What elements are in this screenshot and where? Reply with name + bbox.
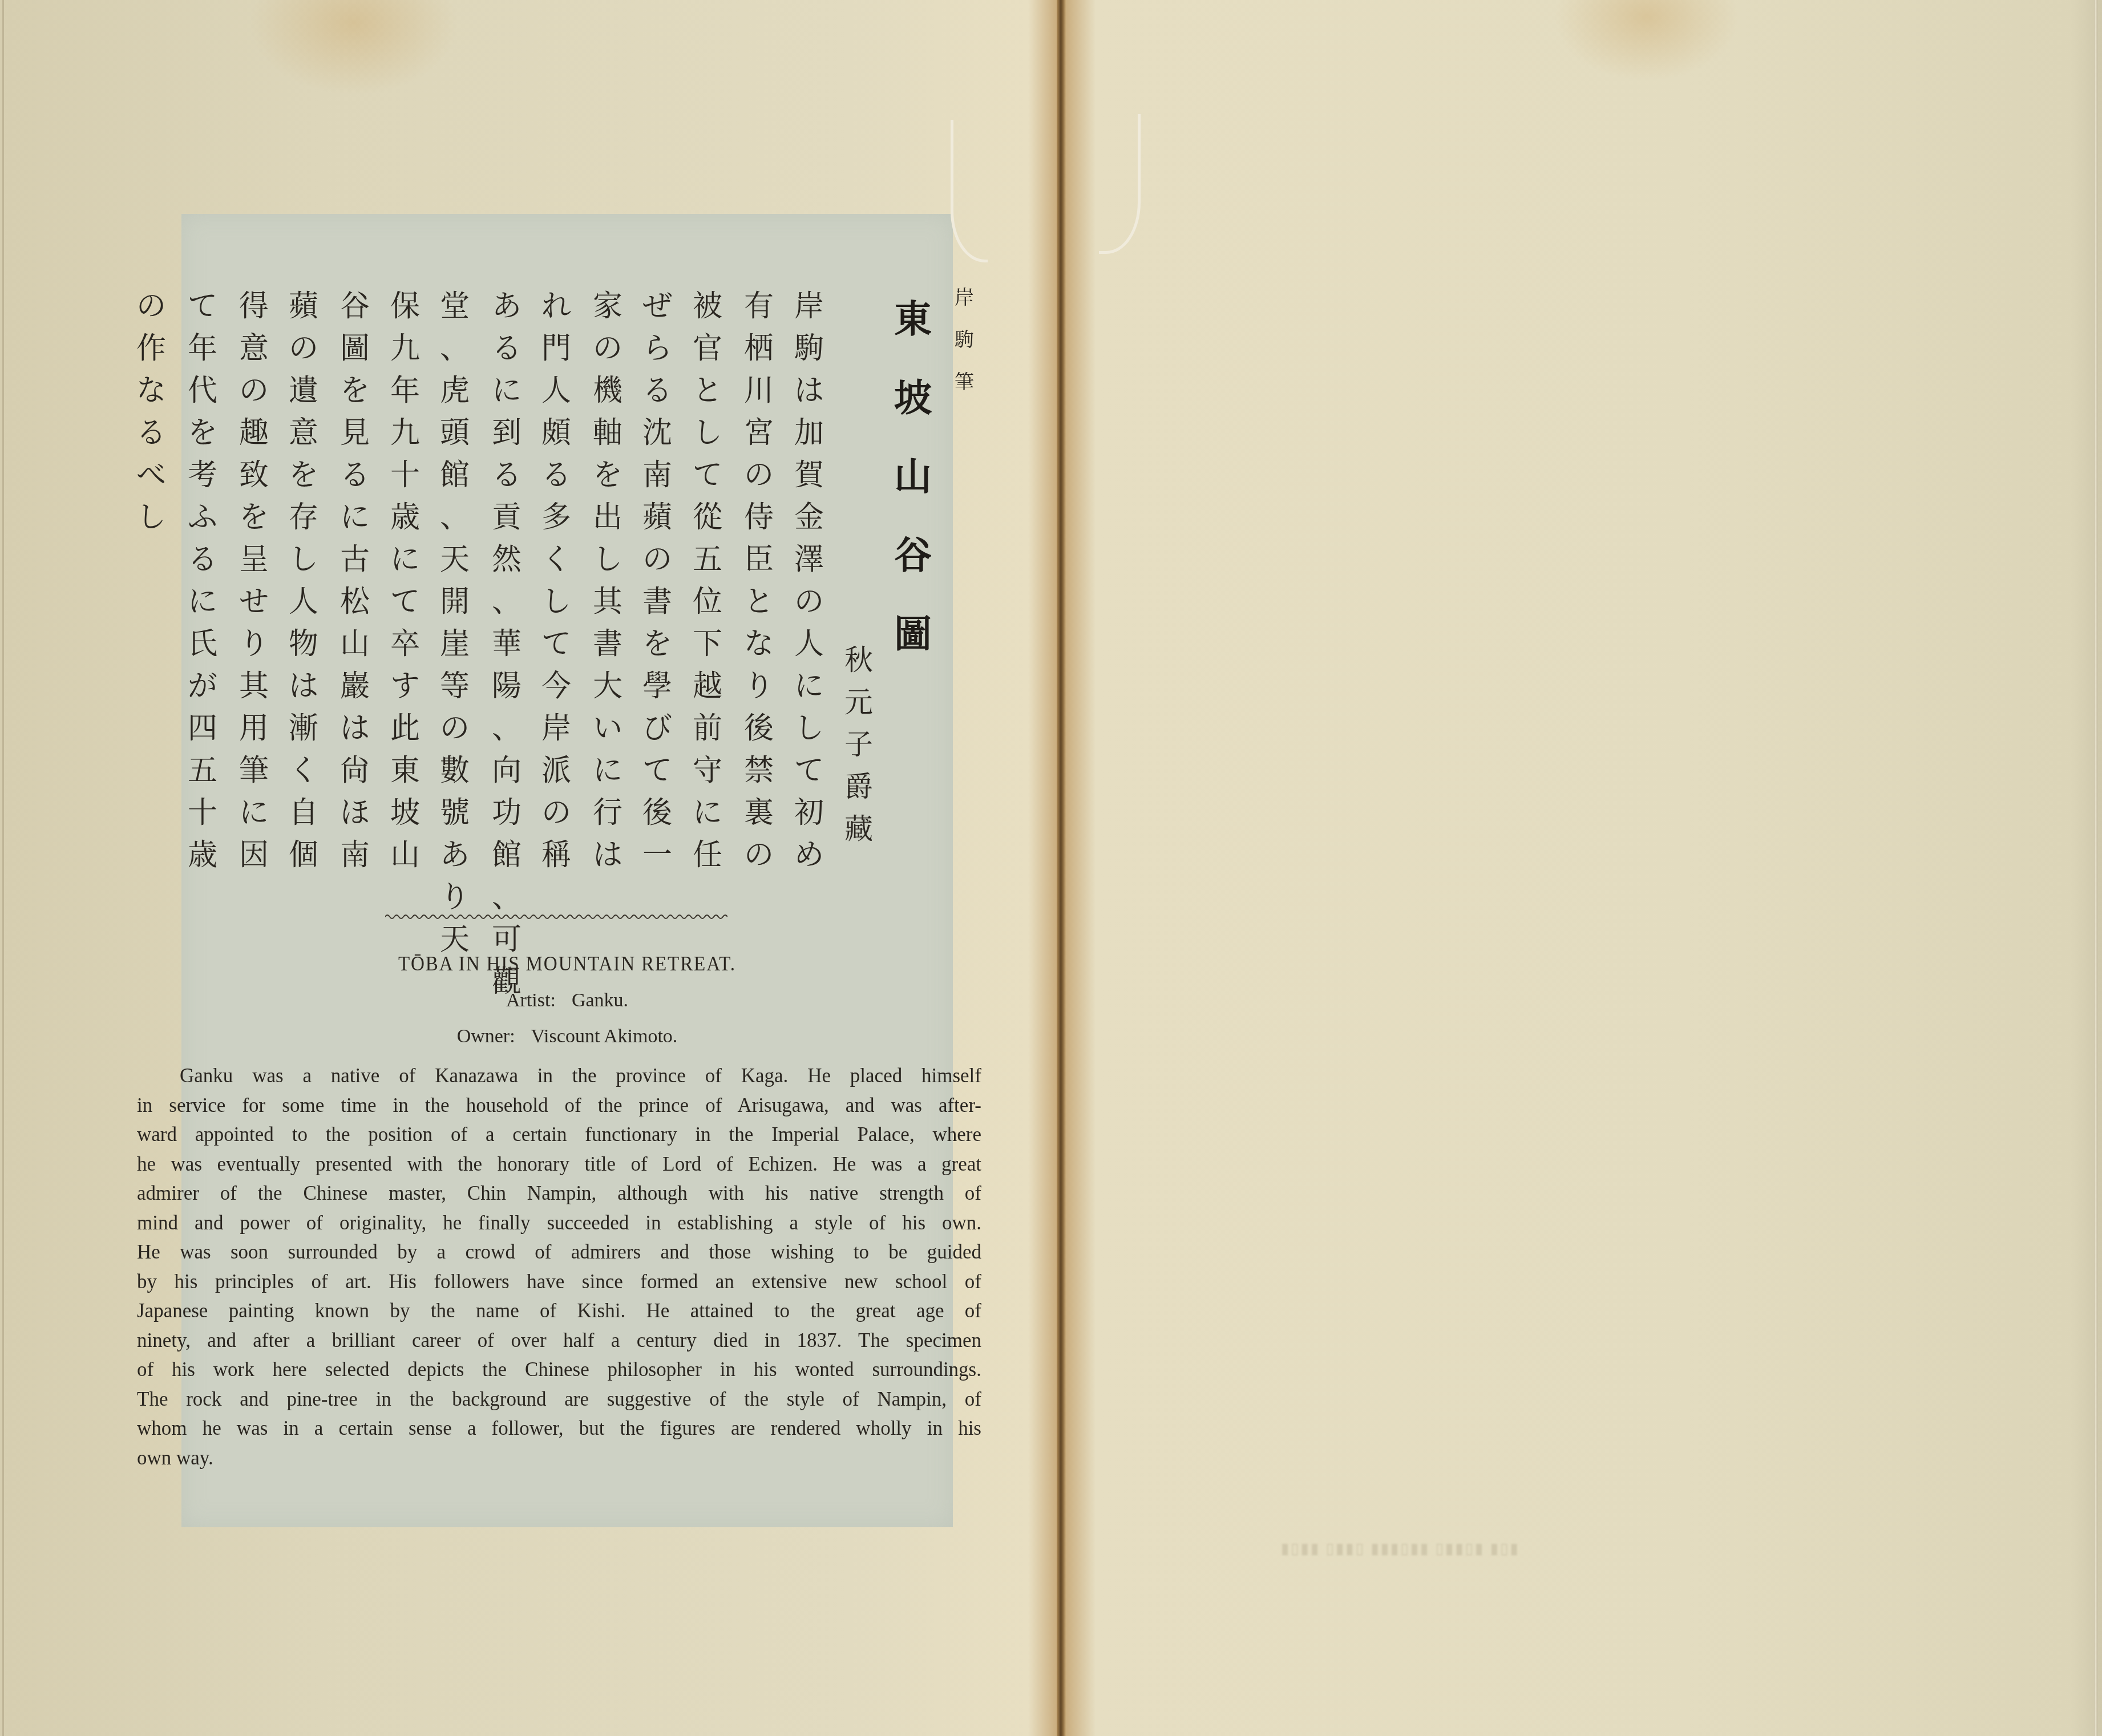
vertical-glyph: 此 bbox=[390, 707, 420, 750]
vertical-glyph: 四 bbox=[188, 707, 217, 750]
vertical-glyph: て bbox=[541, 623, 571, 665]
vertical-glyph: 年 bbox=[390, 370, 420, 412]
vertical-glyph: に bbox=[188, 581, 217, 623]
vertical-glyph: 五 bbox=[693, 539, 722, 581]
body-line: admirer of the Chinese master, Chin Namp… bbox=[137, 1179, 981, 1208]
vertical-glyph: 加 bbox=[794, 412, 824, 454]
vertical-glyph: く bbox=[541, 539, 571, 581]
japanese-text-column: れ門人頗る多くして今岸派の稱 bbox=[536, 285, 576, 876]
vertical-glyph: 爵 bbox=[844, 766, 873, 808]
vertical-glyph: 金 bbox=[794, 496, 824, 539]
vertical-glyph: 其 bbox=[593, 581, 622, 623]
vertical-glyph: て bbox=[693, 454, 722, 496]
vertical-glyph: 趣 bbox=[239, 412, 269, 454]
vertical-glyph: 秋 bbox=[844, 639, 873, 681]
artist-line: Artist:Ganku. bbox=[181, 990, 953, 1011]
vertical-glyph: 書 bbox=[642, 581, 672, 623]
vertical-glyph: を bbox=[289, 454, 318, 496]
vertical-glyph: 藏 bbox=[844, 808, 873, 850]
vertical-glyph: は bbox=[794, 370, 824, 412]
vertical-glyph: 功 bbox=[492, 792, 522, 834]
vertical-glyph: る bbox=[340, 454, 370, 496]
vertical-glyph: に bbox=[492, 370, 522, 412]
vertical-glyph: 自 bbox=[289, 792, 318, 834]
vertical-glyph: 岸 bbox=[541, 707, 571, 750]
vertical-glyph: 人 bbox=[794, 623, 824, 665]
vertical-glyph: る bbox=[541, 454, 571, 496]
vertical-glyph: は bbox=[340, 707, 370, 750]
vertical-glyph: 門 bbox=[541, 327, 571, 370]
vertical-glyph: 華 bbox=[492, 623, 522, 665]
vertical-glyph: す bbox=[390, 665, 420, 707]
vertical-glyph: 漸 bbox=[289, 707, 318, 750]
vertical-glyph: 氏 bbox=[188, 623, 217, 665]
japanese-text-column: 蘋の遺意を存し人物は漸く自個 bbox=[284, 285, 324, 876]
vertical-glyph: 年 bbox=[188, 327, 217, 370]
vertical-glyph: 東 bbox=[390, 750, 420, 792]
japanese-text-column: 家の機軸を出し其書大いに行は bbox=[588, 285, 628, 876]
vertical-glyph: 岸 bbox=[794, 285, 824, 327]
vertical-glyph: 任 bbox=[693, 834, 722, 876]
japanese-text-column: 有栖川宮の侍臣となり後禁裏の bbox=[739, 285, 779, 876]
vertical-glyph: 松 bbox=[340, 581, 370, 623]
body-line: mind and power of originality, he finall… bbox=[137, 1208, 981, 1238]
vertical-glyph: 考 bbox=[188, 454, 217, 496]
vertical-glyph: 坡 bbox=[390, 792, 420, 834]
body-line: by his principles of art. His followers … bbox=[137, 1267, 981, 1297]
vertical-glyph: 圖 bbox=[340, 327, 370, 370]
vertical-glyph: り bbox=[744, 665, 774, 707]
vertical-glyph: 書 bbox=[593, 623, 622, 665]
vertical-glyph: 得 bbox=[239, 285, 269, 327]
vertical-glyph: 谷 bbox=[340, 285, 370, 327]
vertical-glyph: 行 bbox=[593, 792, 622, 834]
vertical-glyph: ほ bbox=[340, 792, 370, 834]
japanese-text-column: て年代を考ふるに氏が四五十歳 bbox=[183, 285, 223, 876]
vertical-glyph: り bbox=[239, 623, 269, 665]
vertical-glyph: び bbox=[642, 707, 672, 750]
vertical-glyph: 人 bbox=[541, 370, 571, 412]
body-line: in service for some time in the househol… bbox=[137, 1091, 981, 1120]
vertical-glyph: 守 bbox=[693, 750, 722, 792]
vertical-glyph: く bbox=[289, 750, 318, 792]
vertical-glyph: は bbox=[593, 834, 622, 876]
vertical-glyph: 大 bbox=[593, 665, 622, 707]
vertical-glyph: 南 bbox=[642, 454, 672, 496]
vertical-glyph: 初 bbox=[794, 792, 824, 834]
vertical-glyph: 虎 bbox=[440, 370, 470, 412]
vertical-glyph: 巖 bbox=[340, 665, 370, 707]
vertical-glyph: 見 bbox=[340, 412, 370, 454]
vertical-glyph: な bbox=[744, 623, 774, 665]
vertical-glyph: 、 bbox=[492, 581, 522, 623]
vertical-glyph: と bbox=[744, 581, 774, 623]
vertical-glyph: 等 bbox=[440, 665, 470, 707]
vertical-glyph: 機 bbox=[593, 370, 622, 412]
vertical-glyph: 一 bbox=[642, 834, 672, 876]
vertical-glyph: の bbox=[239, 370, 269, 412]
vertical-glyph: 呈 bbox=[239, 539, 269, 581]
vertical-glyph: 作 bbox=[136, 327, 166, 370]
vertical-glyph: 尙 bbox=[340, 750, 370, 792]
japanese-text-column: 岸駒は加賀金澤の人にして初め bbox=[789, 285, 829, 876]
vertical-glyph: を bbox=[188, 412, 217, 454]
vertical-glyph: 到 bbox=[492, 412, 522, 454]
wavy-divider bbox=[385, 913, 727, 921]
artist-label: Artist: bbox=[506, 990, 556, 1011]
vertical-glyph: を bbox=[239, 496, 269, 539]
vertical-glyph: 沈 bbox=[642, 412, 672, 454]
vertical-glyph: を bbox=[340, 370, 370, 412]
vertical-glyph: 被 bbox=[693, 285, 722, 327]
vertical-glyph: 臣 bbox=[744, 539, 774, 581]
english-title: TŌBA IN HIS MOUNTAIN RETREAT. bbox=[212, 952, 922, 976]
vertical-glyph: 代 bbox=[188, 370, 217, 412]
vertical-glyph: 九 bbox=[390, 412, 420, 454]
vertical-glyph: 多 bbox=[541, 496, 571, 539]
vertical-glyph: 五 bbox=[188, 750, 217, 792]
body-line: ninety, and after a brilliant career of … bbox=[137, 1326, 981, 1355]
vertical-glyph: 筆 bbox=[239, 750, 269, 792]
vertical-glyph: 、 bbox=[440, 496, 470, 539]
vertical-glyph: 物 bbox=[289, 623, 318, 665]
japanese-text-column: 被官として從五位下越前守に任 bbox=[688, 285, 727, 876]
vertical-glyph: 派 bbox=[541, 750, 571, 792]
vertical-glyph: 谷 bbox=[894, 516, 932, 594]
vertical-glyph: る bbox=[492, 454, 522, 496]
vertical-glyph: 、 bbox=[440, 327, 470, 370]
vertical-glyph: 向 bbox=[492, 750, 522, 792]
japanese-text-column: 保九年九十歳にて卒す此東坡山 bbox=[385, 285, 425, 876]
vertical-glyph: 保 bbox=[390, 285, 420, 327]
vertical-glyph: 東 bbox=[894, 280, 932, 358]
vertical-glyph: り bbox=[440, 876, 470, 918]
vertical-glyph: に bbox=[794, 665, 824, 707]
vertical-glyph: 崖 bbox=[440, 623, 470, 665]
vertical-glyph: 、 bbox=[492, 707, 522, 750]
vertical-glyph: 館 bbox=[440, 454, 470, 496]
vertical-glyph: 開 bbox=[440, 581, 470, 623]
vertical-glyph: 意 bbox=[239, 327, 269, 370]
vertical-glyph: め bbox=[794, 834, 824, 876]
vertical-glyph: 陽 bbox=[492, 665, 522, 707]
vertical-glyph: る bbox=[492, 327, 522, 370]
vertical-glyph: 宮 bbox=[744, 412, 774, 454]
vertical-glyph: ふ bbox=[188, 496, 217, 539]
vertical-glyph: 然 bbox=[492, 539, 522, 581]
vertical-glyph: 位 bbox=[693, 581, 722, 623]
vertical-glyph: 南 bbox=[340, 834, 370, 876]
vertical-glyph: の bbox=[744, 454, 774, 496]
vertical-glyph: 意 bbox=[289, 412, 318, 454]
vertical-glyph: 山 bbox=[390, 834, 420, 876]
vertical-glyph: 蘋 bbox=[642, 496, 672, 539]
artist-name: Ganku. bbox=[572, 990, 628, 1011]
vertical-glyph: の bbox=[642, 539, 672, 581]
vertical-glyph: に bbox=[390, 539, 420, 581]
vertical-glyph: 歳 bbox=[390, 496, 420, 539]
vertical-glyph: 賀 bbox=[794, 454, 824, 496]
vertical-glyph: と bbox=[693, 370, 722, 412]
artist-credit-vertical: 岸駒筆 bbox=[950, 277, 979, 403]
vertical-glyph: 岸 bbox=[955, 277, 974, 319]
vertical-glyph: し bbox=[794, 707, 824, 750]
owner-label: Owner: bbox=[457, 1026, 515, 1047]
vertical-glyph: ら bbox=[642, 327, 672, 370]
left-page-edge bbox=[2, 0, 4, 1736]
body-line: he was eventually presented with the hon… bbox=[137, 1150, 981, 1179]
vertical-glyph: 稱 bbox=[541, 834, 571, 876]
vertical-glyph: 古 bbox=[340, 539, 370, 581]
vertical-glyph: 頗 bbox=[541, 412, 571, 454]
owner-credit-vertical: 秋元子爵藏 bbox=[839, 639, 879, 850]
vertical-glyph: 遺 bbox=[289, 370, 318, 412]
vertical-glyph: に bbox=[593, 750, 622, 792]
vertical-glyph: 前 bbox=[693, 707, 722, 750]
body-line: Japanese painting known by the name of K… bbox=[137, 1296, 981, 1326]
vertical-glyph: 裏 bbox=[744, 792, 774, 834]
vertical-glyph: 子 bbox=[844, 723, 873, 766]
vertical-glyph: し bbox=[693, 412, 722, 454]
japanese-text-column: 堂、虎頭館、天開崖等の數號あり天 bbox=[435, 285, 475, 961]
vertical-glyph: 澤 bbox=[794, 539, 824, 581]
vertical-glyph: 駒 bbox=[955, 319, 974, 361]
vertical-glyph: に bbox=[239, 792, 269, 834]
vertical-glyph: 號 bbox=[440, 792, 470, 834]
book-spread: 岸駒筆 東坡山谷圖 秋元子爵藏 岸駒は加賀金澤の人にして初め 有栖川宮の侍臣とな… bbox=[0, 0, 2102, 1736]
body-line: ward appointed to the position of a cert… bbox=[137, 1120, 981, 1150]
vertical-glyph: の bbox=[744, 834, 774, 876]
vertical-glyph: な bbox=[136, 370, 166, 412]
vertical-glyph: 、 bbox=[492, 876, 522, 918]
japanese-text-column: 得意の趣致を呈せり其用筆に因 bbox=[234, 285, 274, 876]
vertical-glyph: 九 bbox=[390, 327, 420, 370]
vertical-glyph: 學 bbox=[642, 665, 672, 707]
vertical-glyph: る bbox=[188, 539, 217, 581]
showthrough-bleed: ▮▯▮▮ ▯▮▮▯ ▮▮▮▯▮▮ ▯▮▮▯▮ ▮▯▮ bbox=[1281, 1540, 1783, 1557]
vertical-glyph: 個 bbox=[289, 834, 318, 876]
vertical-glyph: 圖 bbox=[894, 594, 932, 673]
vertical-glyph: 十 bbox=[390, 454, 420, 496]
vertical-glyph: の bbox=[440, 707, 470, 750]
english-body-paragraph: Ganku was a native of Kanazawa in the pr… bbox=[137, 1061, 981, 1472]
vertical-glyph: 貢 bbox=[492, 496, 522, 539]
vertical-glyph: 山 bbox=[340, 623, 370, 665]
vertical-glyph: 十 bbox=[188, 792, 217, 834]
vertical-glyph: る bbox=[642, 370, 672, 412]
right-page-edge bbox=[2094, 0, 2097, 1736]
vertical-glyph: 存 bbox=[289, 496, 318, 539]
vertical-glyph: が bbox=[188, 665, 217, 707]
vertical-glyph: 其 bbox=[239, 665, 269, 707]
body-line: own way. bbox=[137, 1443, 981, 1473]
vertical-glyph: 數 bbox=[440, 750, 470, 792]
vertical-glyph: 坡 bbox=[894, 358, 932, 437]
owner-line: Owner:Viscount Akimoto. bbox=[181, 1026, 953, 1047]
vertical-glyph: 歳 bbox=[188, 834, 217, 876]
vertical-glyph: 下 bbox=[693, 623, 722, 665]
right-page bbox=[1065, 0, 2102, 1736]
body-line: of his work here selected depicts the Ch… bbox=[137, 1355, 981, 1385]
vertical-glyph: て bbox=[642, 750, 672, 792]
vertical-glyph: 頭 bbox=[440, 412, 470, 454]
vertical-glyph: 蘋 bbox=[289, 285, 318, 327]
vertical-glyph: 致 bbox=[239, 454, 269, 496]
japanese-text-column: の作なるべし bbox=[131, 285, 171, 539]
japanese-text-column: ぜらる沈南蘋の書を學びて後一 bbox=[637, 285, 677, 876]
body-line: Ganku was a native of Kanazawa in the pr… bbox=[137, 1061, 981, 1091]
vertical-glyph: 禁 bbox=[744, 750, 774, 792]
vertical-glyph: の bbox=[593, 327, 622, 370]
body-line: whom he was in a certain sense a followe… bbox=[137, 1414, 981, 1443]
vertical-glyph: 栖 bbox=[744, 327, 774, 370]
vertical-glyph: 從 bbox=[693, 496, 722, 539]
vertical-glyph: い bbox=[593, 707, 622, 750]
vertical-glyph: 家 bbox=[593, 285, 622, 327]
vertical-glyph: を bbox=[593, 454, 622, 496]
book-spine-gutter bbox=[1057, 0, 1066, 1736]
body-line: He was soon surrounded by a crowd of adm… bbox=[137, 1237, 981, 1267]
vertical-glyph: 用 bbox=[239, 707, 269, 750]
vertical-glyph: 駒 bbox=[794, 327, 824, 370]
vertical-glyph: 今 bbox=[541, 665, 571, 707]
vertical-glyph: る bbox=[136, 412, 166, 454]
vertical-glyph: に bbox=[340, 496, 370, 539]
vertical-glyph: の bbox=[289, 327, 318, 370]
vertical-glyph: に bbox=[693, 792, 722, 834]
vertical-glyph: 侍 bbox=[744, 496, 774, 539]
japanese-text-column: 谷圖を見るに古松山巖は尙ほ南 bbox=[335, 285, 375, 876]
vertical-glyph: 因 bbox=[239, 834, 269, 876]
vertical-glyph: 館 bbox=[492, 834, 522, 876]
vertical-glyph: べ bbox=[136, 454, 166, 496]
vertical-glyph: 出 bbox=[593, 496, 622, 539]
vertical-glyph: て bbox=[794, 750, 824, 792]
vertical-glyph: を bbox=[642, 623, 672, 665]
vertical-glyph: あ bbox=[492, 285, 522, 327]
vertical-glyph: し bbox=[136, 496, 166, 539]
vertical-glyph: 軸 bbox=[593, 412, 622, 454]
vertical-glyph: て bbox=[390, 581, 420, 623]
vertical-glyph: 越 bbox=[693, 665, 722, 707]
vertical-glyph: 人 bbox=[289, 581, 318, 623]
vertical-glyph: 川 bbox=[744, 370, 774, 412]
vertical-glyph: 天 bbox=[440, 539, 470, 581]
vertical-glyph: せ bbox=[239, 581, 269, 623]
vertical-glyph: の bbox=[794, 581, 824, 623]
japanese-title-vertical: 東坡山谷圖 bbox=[887, 280, 939, 673]
vertical-glyph: 後 bbox=[744, 707, 774, 750]
vertical-glyph: の bbox=[541, 792, 571, 834]
vertical-glyph: 元 bbox=[844, 681, 873, 723]
vertical-glyph: 筆 bbox=[955, 361, 974, 403]
japanese-text-column: あるに到る貢然、華陽、向功館、可觀 bbox=[487, 285, 527, 1003]
vertical-glyph: 有 bbox=[744, 285, 774, 327]
body-line: The rock and pine-tree in the background… bbox=[137, 1385, 981, 1414]
vertical-glyph: の bbox=[136, 285, 166, 327]
vertical-glyph: 堂 bbox=[440, 285, 470, 327]
vertical-glyph: 官 bbox=[693, 327, 722, 370]
vertical-glyph: し bbox=[541, 581, 571, 623]
vertical-glyph: は bbox=[289, 665, 318, 707]
vertical-glyph: ぜ bbox=[642, 285, 672, 327]
owner-name: Viscount Akimoto. bbox=[531, 1026, 678, 1047]
vertical-glyph: 山 bbox=[894, 437, 932, 516]
vertical-glyph: 卒 bbox=[390, 623, 420, 665]
vertical-glyph: し bbox=[593, 539, 622, 581]
vertical-glyph: あ bbox=[440, 834, 470, 876]
vertical-glyph: れ bbox=[541, 285, 571, 327]
vertical-glyph: し bbox=[289, 539, 318, 581]
vertical-glyph: て bbox=[188, 285, 217, 327]
vertical-glyph: 後 bbox=[642, 792, 672, 834]
